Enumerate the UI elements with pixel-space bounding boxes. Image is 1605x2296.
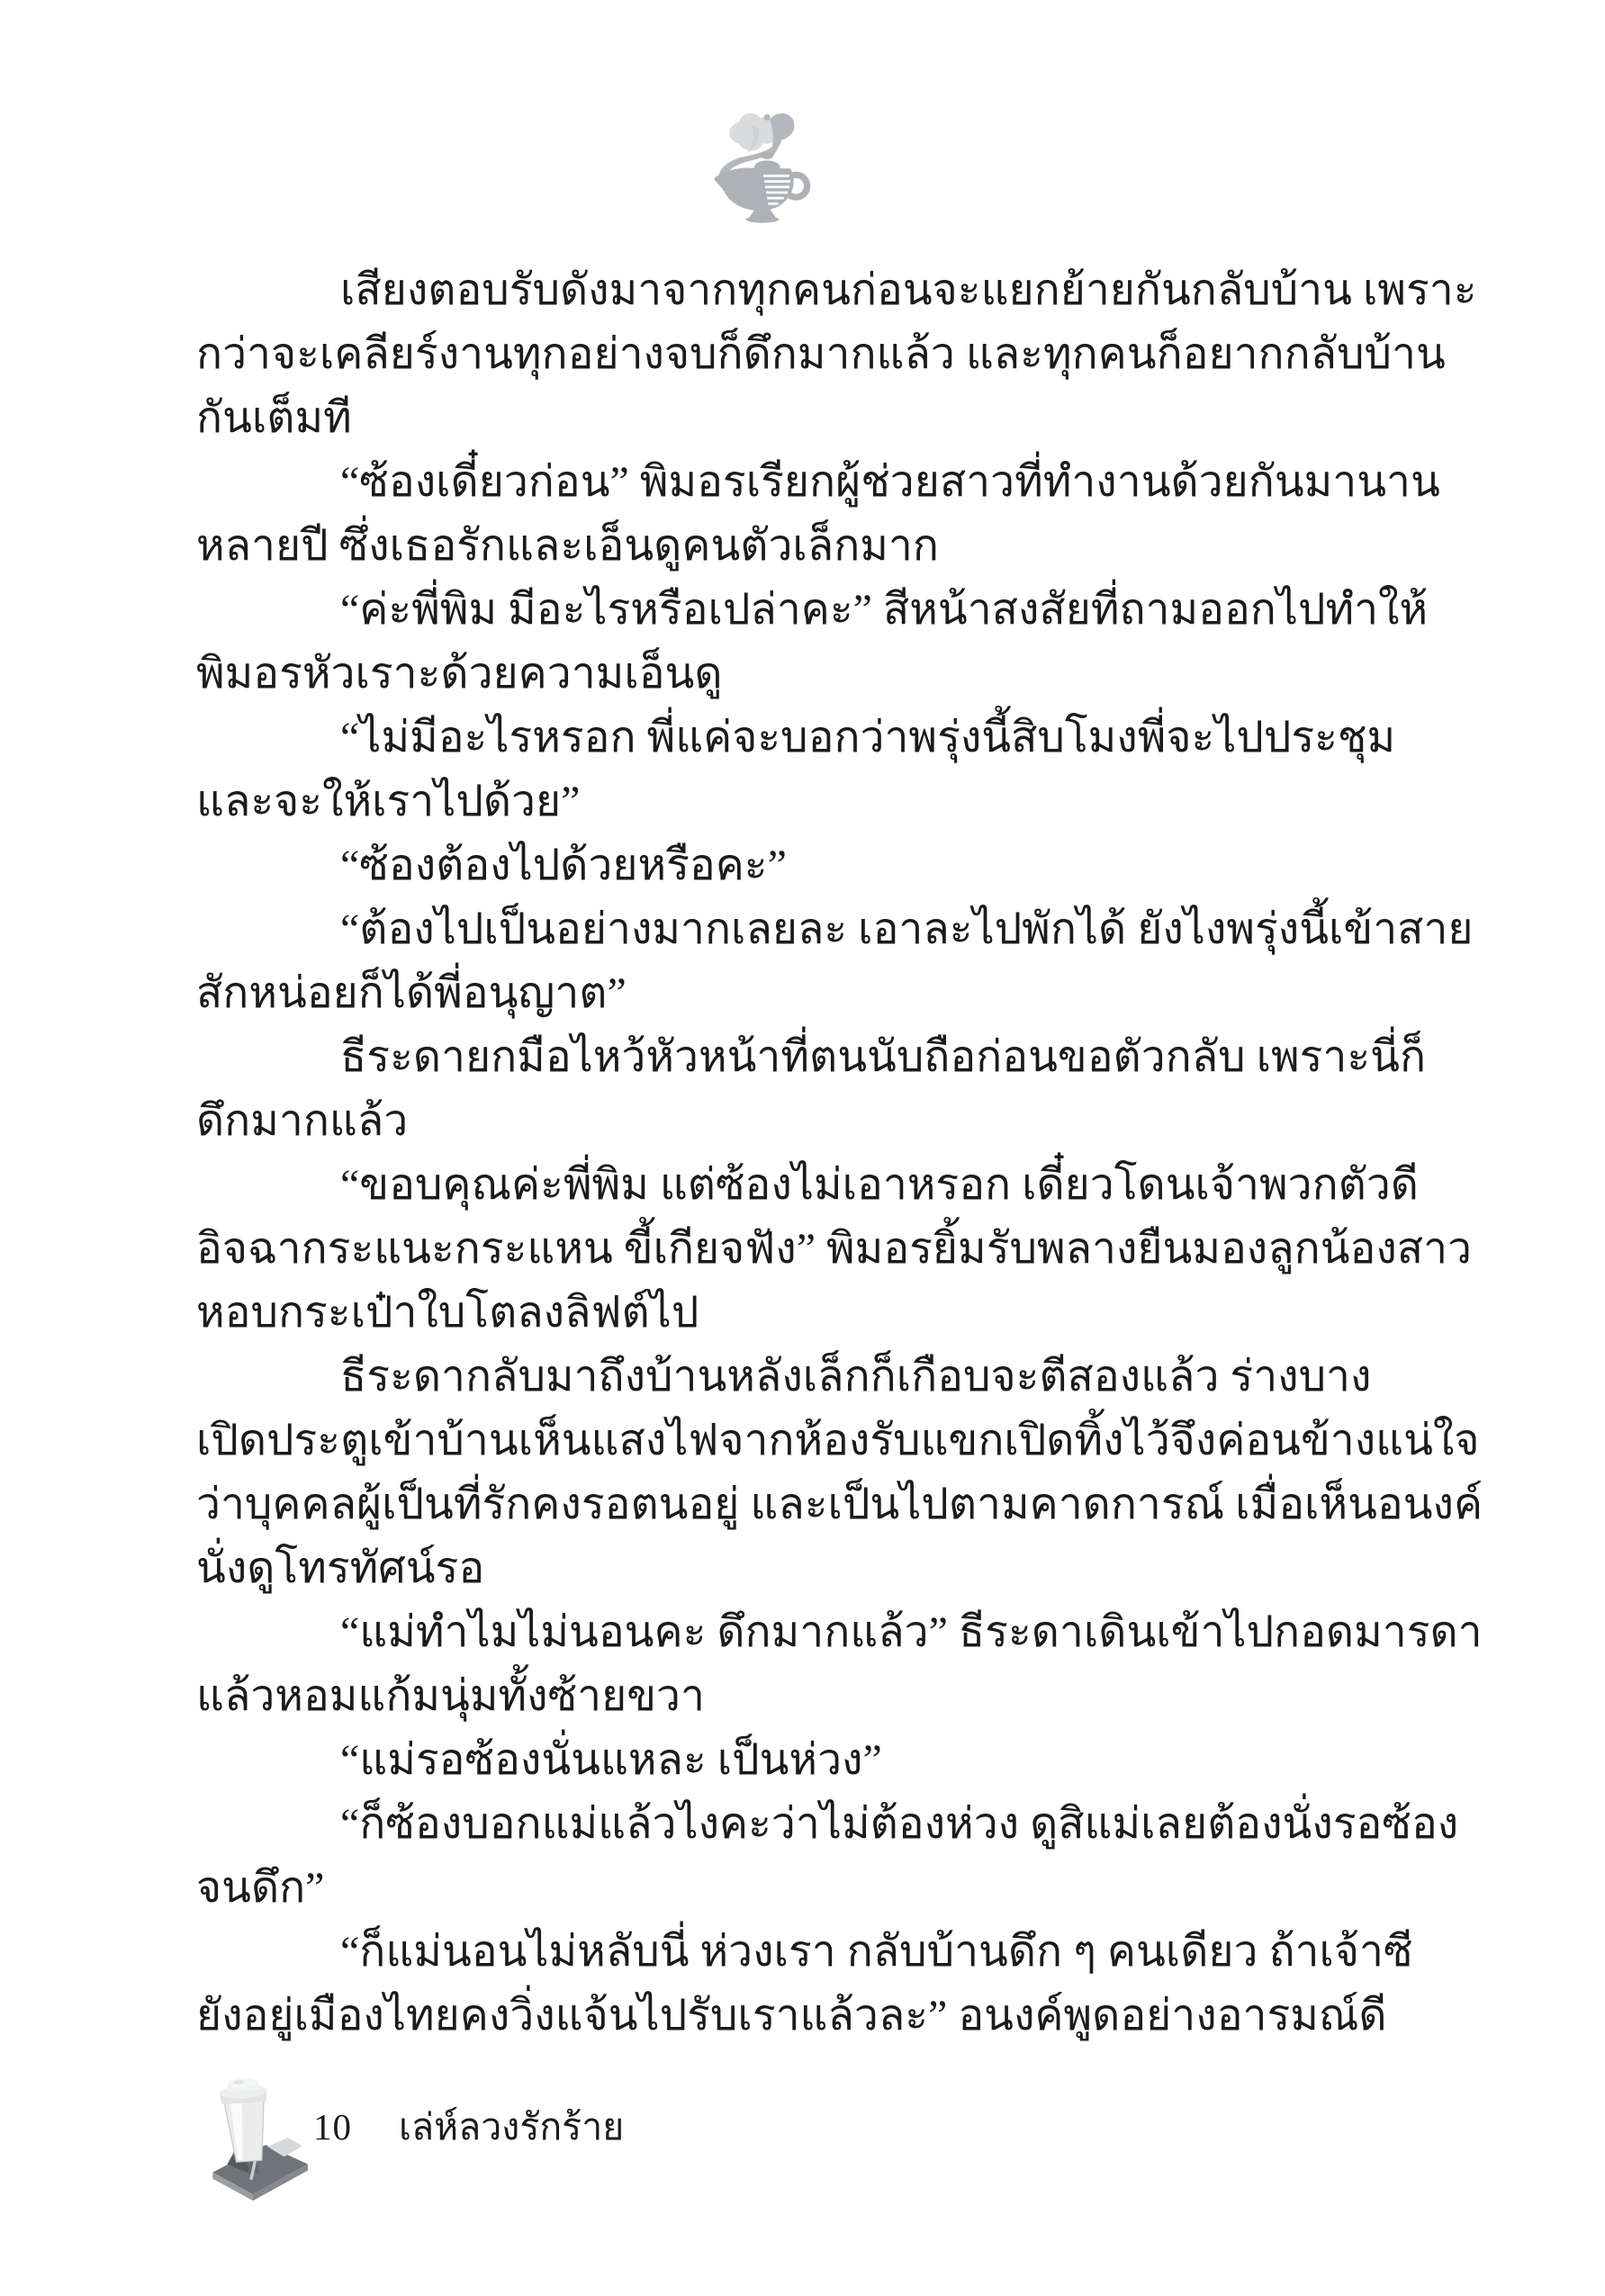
page-number: 10 (313, 2104, 352, 2149)
page-footer: 10 เล่ห์ลวงรักร้าย (313, 2104, 1033, 2149)
text-line: ยังอยู่เมืองไทยคงวิ่งแจ้นไปรับเราแล้วละ”… (196, 1984, 1335, 2048)
text-line: ว่าบุคคลผู้เป็นที่รักคงรอตนอยู่ และเป็นไ… (196, 1472, 1335, 1536)
text-line: หอบกระเป๋าใบโตลงลิฟต์ไป (196, 1281, 1335, 1345)
text-line: หลายปี ซึ่งเธอรักและเอ็นดูคนตัวเล็กมาก (196, 514, 1335, 578)
text-line: “ซ้องต้องไปด้วยหรือคะ” (196, 833, 1335, 897)
genie-lamp-icon (709, 108, 814, 223)
text-line: และจะให้เราไปด้วย” (196, 770, 1335, 833)
text-line: “ซ้องเดี๋ยวก่อน” พิมอรเรียกผู้ช่วยสาวที่… (196, 450, 1335, 514)
text-line: “ต้องไปเป็นอย่างมากเลยละ เอาละไปพักได้ ย… (196, 897, 1335, 961)
text-line: แล้วหอมแก้มนุ่มทั้งซ้ายขวา (196, 1664, 1335, 1728)
book-page: เสียงตอบรับดังมาจากทุกคนก่อนจะแยกย้ายกัน… (0, 0, 1605, 2296)
text-line: พิมอรหัวเราะด้วยความเอ็นดู (196, 642, 1335, 706)
text-line: อิจฉากระแนะกระแหน ขี้เกียจฟัง” พิมอรยิ้ม… (196, 1217, 1335, 1281)
book-title: เล่ห์ลวงรักร้าย (399, 2104, 624, 2149)
genie-lamp-ornament (709, 108, 814, 223)
text-line: ธีระดายกมือไหว้หัวหน้าที่ตนนับถือก่อนขอต… (196, 1025, 1335, 1089)
coffee-cup-on-notebook-icon (198, 2068, 311, 2209)
coffee-cup-image (198, 2068, 311, 2209)
text-line: กันเต็มที (196, 386, 1335, 450)
text-line: “ก็แม่นอนไม่หลับนี่ ห่วงเรา กลับบ้านดึก … (196, 1920, 1335, 1984)
text-line: สักหน่อยก็ได้พี่อนุญาต” (196, 961, 1335, 1025)
text-line: กว่าจะเคลียร์งานทุกอย่างจบก็ดึกมากแล้ว แ… (196, 322, 1335, 386)
body-text: เสียงตอบรับดังมาจากทุกคนก่อนจะแยกย้ายกัน… (196, 258, 1335, 2048)
text-line: “ไม่มีอะไรหรอก พี่แค่จะบอกว่าพรุ่งนี้สิบ… (196, 706, 1335, 770)
text-line: เปิดประตูเข้าบ้านเห็นแสงไฟจากห้องรับแขกเ… (196, 1409, 1335, 1472)
text-line: นั่งดูโทรทัศน์รอ (196, 1536, 1335, 1600)
text-line: ดึกมากแล้ว (196, 1089, 1335, 1153)
text-line: “แม่รอซ้องนั่นแหละ เป็นห่วง” (196, 1728, 1335, 1792)
text-line: “ขอบคุณค่ะพี่พิม แต่ซ้องไม่เอาหรอก เดี๋ย… (196, 1153, 1335, 1217)
text-line: “ก็ซ้องบอกแม่แล้วไงคะว่าไม่ต้องห่วง ดูสิ… (196, 1792, 1335, 1856)
text-line: ธีระดากลับมาถึงบ้านหลังเล็กก็เกือบจะตีสอ… (196, 1345, 1335, 1409)
text-line: “แม่ทำไมไม่นอนคะ ดึกมากแล้ว” ธีระดาเดินเ… (196, 1600, 1335, 1664)
text-line: จนดึก” (196, 1856, 1335, 1920)
text-line: “ค่ะพี่พิม มีอะไรหรือเปล่าคะ” สีหน้าสงสั… (196, 578, 1335, 642)
text-line: เสียงตอบรับดังมาจากทุกคนก่อนจะแยกย้ายกัน… (196, 258, 1335, 322)
